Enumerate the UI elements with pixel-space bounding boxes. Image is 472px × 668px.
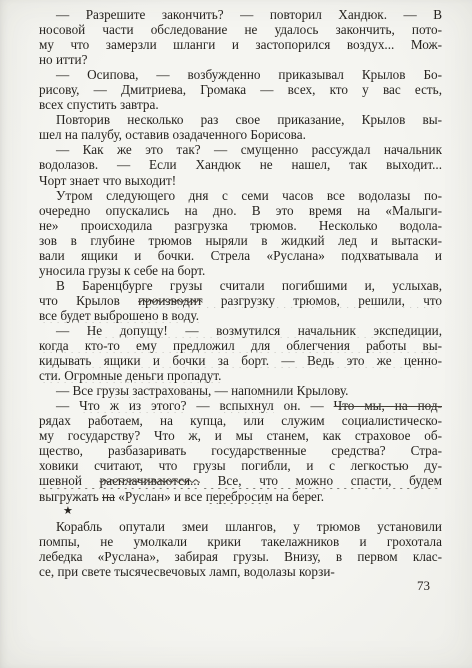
text-line: вали ящики и бочки. Стрела «Руслана» под… xyxy=(39,248,442,263)
text-segment: он. — xyxy=(274,398,334,413)
text-segment: но итти? xyxy=(39,52,87,67)
text-segment: всех спустить завтра. xyxy=(39,97,159,112)
handwritten-annotation: шевной xyxy=(39,473,100,488)
text-segment: — xyxy=(56,398,79,413)
section-break-star: ★ xyxy=(39,504,442,519)
handwritten-annotation: ховики считают, что грузы погибли, и с л… xyxy=(39,458,442,473)
handwritten-annotation: Не допущу! — возмутился начальник экспед… xyxy=(87,323,442,338)
text-segment: — Как же это так? — смущенно рассуждал н… xyxy=(56,142,442,157)
handwritten-annotation: сти. Огромные деньги пропадут. xyxy=(39,368,221,383)
handwritten-annotation: рядах работаем, на купца, или служим соц… xyxy=(39,413,442,428)
text-segment: Повторив несколько раз свое приказание, … xyxy=(56,112,442,127)
text-segment: — xyxy=(186,398,219,413)
text-segment: вали ящики и бочки. Стрела «Руслана» под… xyxy=(39,248,442,263)
text-segment: водолазов. — Если Хандюк не нашел, так в… xyxy=(39,157,442,172)
handwritten-annotation: производит xyxy=(138,293,202,308)
text-line: очередно опускались на дно. В это время … xyxy=(39,203,442,218)
text-line: все будет выброшено в воду. xyxy=(39,308,442,323)
text-segment: на берег. xyxy=(273,489,325,504)
book-page: — Разрешите закончить? — повторил Хандюк… xyxy=(0,0,472,668)
text-segment: зов в глубине трюмов ныряли в жидкий лед… xyxy=(39,233,442,248)
handwritten-annotation: грузы застрахованы, xyxy=(96,383,211,398)
text-line: рядах работаем, на купца, или служим соц… xyxy=(39,413,442,428)
handwritten-annotation: разгрузку трюмов, решили, что xyxy=(203,293,442,308)
text-segment: Корабль опутали змеи шлангов, у трюмов у… xyxy=(56,519,442,534)
text-line: не» происходила разгрузка трюмов. Нескол… xyxy=(39,218,442,233)
handwritten-annotation: перебросим xyxy=(206,489,273,504)
text-line: В Баренцбурге грузы считали погибшими и,… xyxy=(39,278,442,293)
text-segment: «Руслан» и все xyxy=(115,489,206,504)
handwritten-annotation: все будет выброшено в воду. xyxy=(39,308,199,323)
handwritten-annotation: на xyxy=(102,489,115,504)
text-segment: Крылову. xyxy=(293,383,348,398)
handwritten-annotation: кидывать ящики и бочки за борт. — Ведь э… xyxy=(39,353,442,368)
text-segment: Чорт знает что выходит! xyxy=(39,173,176,188)
text-line: лебедка «Руслана», забирая грузы. Внизу,… xyxy=(39,549,442,564)
text-line: носовой части обследование не удалось за… xyxy=(39,22,442,37)
text-line: Корабль опутали змеи шлангов, у трюмов у… xyxy=(39,519,442,534)
text-line: Утром следующего дня с семи часов все во… xyxy=(39,188,442,203)
handwritten-annotation: напомнили xyxy=(231,383,293,398)
text-segment: очередно опускались на дно. В это время … xyxy=(39,203,442,218)
handwritten-annotation: когда кто-то ему предложил для облегчени… xyxy=(39,338,442,353)
text-line: му государству? Что ж, и мы станем, как … xyxy=(39,428,442,443)
text-line: Чорт знает что выходит! xyxy=(39,173,442,188)
handwritten-annotation: Все, что можно спасти, будем xyxy=(200,473,442,488)
text-segment: — Разрешите закончить? — повторил Хандюк… xyxy=(56,7,442,22)
text-segment: — Все xyxy=(56,383,96,398)
text-line: кидывать ящики и бочки за борт. — Ведь э… xyxy=(39,353,442,368)
text-segment: — xyxy=(56,323,87,338)
handwritten-annotation: Что мы, на под- xyxy=(334,398,442,413)
text-segment: помпы, не умолкали крики такелажников и … xyxy=(39,534,442,549)
text-line: всех спустить завтра. xyxy=(39,97,442,112)
text-line: сти. Огромные деньги пропадут. xyxy=(39,368,442,383)
text-line: — Разрешите закончить? — повторил Хандюк… xyxy=(39,7,442,22)
handwritten-annotation: му государству? Что ж, и мы станем, как … xyxy=(39,428,442,443)
text-line: помпы, не умолкали крики такелажников и … xyxy=(39,534,442,549)
text-line: — Все грузы застрахованы, — напомнили Кр… xyxy=(39,383,442,398)
text-segment: шел на палубу, оставив озадаченного Бори… xyxy=(39,127,306,142)
page-text: — Разрешите закончить? — повторил Хандюк… xyxy=(39,7,442,579)
page-number: 73 xyxy=(39,578,442,594)
text-segment: уносила грузы к себе на борт. xyxy=(39,263,205,278)
text-line: что Крылов производит разгрузку трюмов, … xyxy=(39,293,442,308)
text-line: рисову, — Дмитриева, Громака — всех, кто… xyxy=(39,82,442,97)
text-line: выгружать на «Руслан» и все перебросим н… xyxy=(39,489,442,504)
text-line: Повторив несколько раз свое приказание, … xyxy=(39,112,442,127)
text-line: — Не допущу! — возмутился начальник эксп… xyxy=(39,323,442,338)
text-line: — Осипова, — возбужденно приказывал Крыл… xyxy=(39,67,442,82)
text-line: — Что ж из этого? — вспыхнул он. — Что м… xyxy=(39,398,442,413)
text-segment: ★ xyxy=(63,505,73,517)
text-line: — Как же это так? — смущенно рассуждал н… xyxy=(39,142,442,157)
text-segment: лебедка «Руслана», забирая грузы. Внизу,… xyxy=(39,549,442,564)
text-segment: что Крылов xyxy=(39,293,138,308)
text-line: но итти? xyxy=(39,52,442,67)
text-segment: — Осипова, — возбужденно приказывал Крыл… xyxy=(56,67,442,82)
text-segment: рисову, — Дмитриева, Громака — всех, кто… xyxy=(39,82,442,97)
text-line: шел на палубу, оставив озадаченного Бори… xyxy=(39,127,442,142)
handwritten-annotation: вспыхнул xyxy=(220,398,274,413)
text-segment: выгружать xyxy=(39,489,102,504)
text-segment: — xyxy=(211,383,231,398)
text-segment: му что замерзли шланги и застопорился во… xyxy=(39,37,442,52)
text-segment: носовой части обследование не удалось за… xyxy=(39,22,442,37)
text-line: му что замерзли шланги и застопорился во… xyxy=(39,37,442,52)
handwritten-annotation: щество, разбазаривать государственные ср… xyxy=(39,443,442,458)
text-line: ховики считают, что грузы погибли, и с л… xyxy=(39,458,442,473)
text-segment: В Баренцбурге грузы считали погибшими и,… xyxy=(56,278,442,293)
text-segment: не» происходила разгрузка трюмов. Нескол… xyxy=(39,218,442,233)
text-line: когда кто-то ему предложил для облегчени… xyxy=(39,338,442,353)
text-line: щество, разбазаривать государственные ср… xyxy=(39,443,442,458)
text-segment: се, при свете тысячесвечовых ламп, водол… xyxy=(39,564,335,579)
handwritten-annotation: Что ж из этого? xyxy=(79,398,186,413)
text-line: се, при свете тысячесвечовых ламп, водол… xyxy=(39,564,442,579)
text-line: водолазов. — Если Хандюк не нашел, так в… xyxy=(39,157,442,172)
text-segment: Утром следующего дня с семи часов все во… xyxy=(56,188,442,203)
handwritten-annotation: расплачиваются... xyxy=(100,473,200,488)
text-line: зов в глубине трюмов ныряли в жидкий лед… xyxy=(39,233,442,248)
text-line: шевной расплачиваются... Все, что можно … xyxy=(39,473,442,488)
text-line: уносила грузы к себе на борт. xyxy=(39,263,442,278)
